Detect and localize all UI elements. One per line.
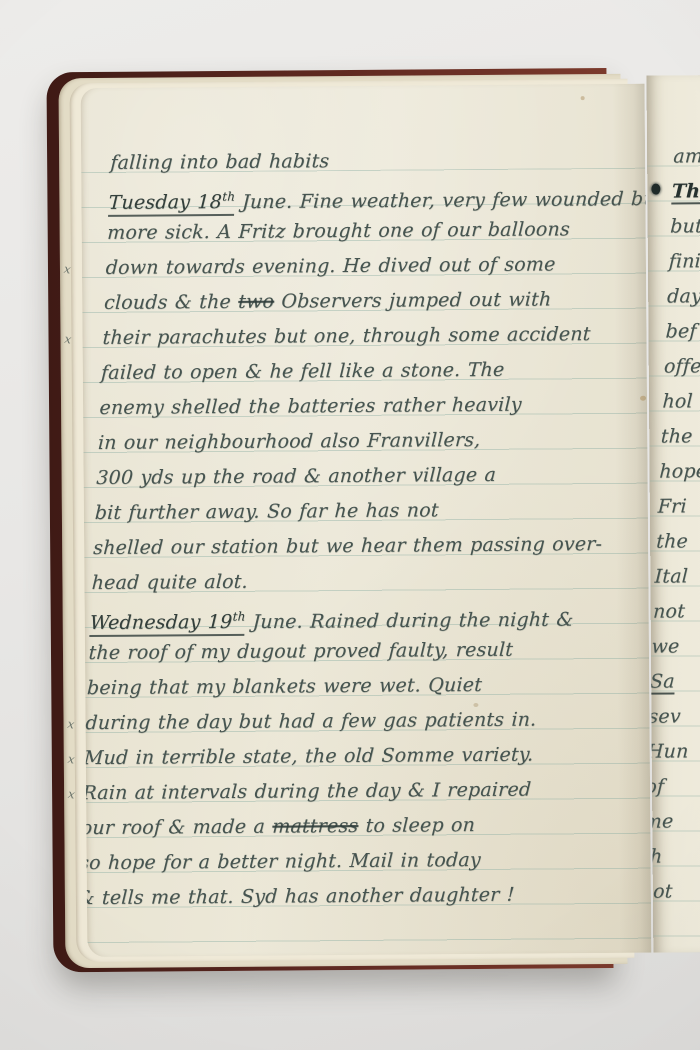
right-page-fragment: day <box>659 279 700 314</box>
right-page-fragment: offen <box>656 349 700 384</box>
diary-line: down towards evening. He dived out of so… <box>105 247 651 286</box>
margin-tick: x <box>63 263 71 276</box>
margin-tick: x <box>67 753 75 766</box>
diary-line: the roof of my dugout proved faulty, res… <box>88 632 642 671</box>
right-page-strip: amThubutfinidaybefoffenholthehopeFritheI… <box>646 75 700 952</box>
diary-line: Wednesday 19th June. Rained during the n… <box>89 597 643 636</box>
diary-line: Tuesday 18th June. Fine weather, very fe… <box>108 177 651 216</box>
right-page-fragment: not <box>646 594 700 629</box>
diary-line: 300 yds up the road & another village a <box>96 457 650 496</box>
diary-line: falling into bad habits <box>110 142 652 181</box>
margin-tick: x <box>67 718 75 731</box>
margin-tick: x <box>67 788 75 801</box>
age-spot <box>581 96 585 100</box>
right-page-fragment: hope <box>652 454 700 489</box>
entry-date-heading: Tuesday 18th <box>108 191 235 217</box>
right-page-fragment: fini <box>661 244 700 279</box>
age-spot <box>640 396 646 401</box>
right-page-fragment: Thu <box>664 174 700 209</box>
right-page-fragment: am <box>666 139 700 174</box>
diary-line: Mud in terrible state, the old Somme var… <box>83 737 637 776</box>
diary-line: head quite alot. <box>91 562 645 601</box>
handwriting-block: falling into bad habitsTuesday 18th June… <box>81 142 652 917</box>
right-page-fragment: bef <box>658 314 700 349</box>
crossed-out-word: mattress <box>272 815 359 838</box>
margin-tick: x <box>64 333 72 346</box>
right-page-fragment: Fri <box>650 489 700 524</box>
right-page-fragment: but <box>662 209 700 244</box>
diary-line: our roof & made a mattress to sleep on <box>81 807 634 846</box>
right-page-fragment: the <box>653 419 700 454</box>
right-page-fragment: we <box>646 629 700 664</box>
right-page-fragment: hol <box>655 384 700 419</box>
diary-line: shelled our station but we hear them pas… <box>92 527 646 566</box>
diary-line: more sick. A Fritz brought one of our ba… <box>107 212 652 251</box>
diary-line: in our neighbourhood also Franvillers, <box>97 422 651 461</box>
right-page-fragment: Sa <box>646 664 699 699</box>
diary-line: their parachutes but one, through some a… <box>102 317 652 356</box>
diary-photo: falling into bad habitsTuesday 18th June… <box>0 0 700 1050</box>
right-page-fragment: the <box>648 524 700 559</box>
diary-line: Rain at intervals during the day & I rep… <box>82 772 636 811</box>
diary-line: enemy shelled the batteries rather heavi… <box>99 387 652 426</box>
diary-line: so hope for a better night. Mail in toda… <box>81 842 632 881</box>
right-page-fragment: of <box>646 769 695 804</box>
diary-line: during the day but had a few gas patient… <box>85 702 639 741</box>
diary-line: being that my blankets were wet. Quiet <box>86 667 640 706</box>
entry-date-heading: Wednesday 19th <box>89 611 246 637</box>
diary-line: failed to open & he fell like a stone. T… <box>100 352 651 391</box>
left-page: falling into bad habitsTuesday 18th June… <box>81 84 652 957</box>
right-page-fragment: Ital <box>647 559 700 594</box>
diary-line: & tells me that. Syd has another daughte… <box>81 877 631 916</box>
diary-line: bit further away. So far he has not <box>94 492 648 531</box>
right-page-fragment: th <box>646 839 691 874</box>
age-spot <box>473 703 478 707</box>
right-page-fragment: me <box>646 804 693 839</box>
notebook: falling into bad habitsTuesday 18th June… <box>0 0 700 1050</box>
crossed-out-word: two <box>238 291 275 313</box>
diary-line: clouds & the two Observers jumped out wi… <box>103 282 651 321</box>
right-page-fragment: Hun <box>646 734 696 769</box>
ink-blot <box>651 184 660 195</box>
right-page-fragment: sev <box>646 699 698 734</box>
right-page-fragment: not <box>646 874 690 909</box>
margin-marks: xxxxx <box>0 0 696 3</box>
